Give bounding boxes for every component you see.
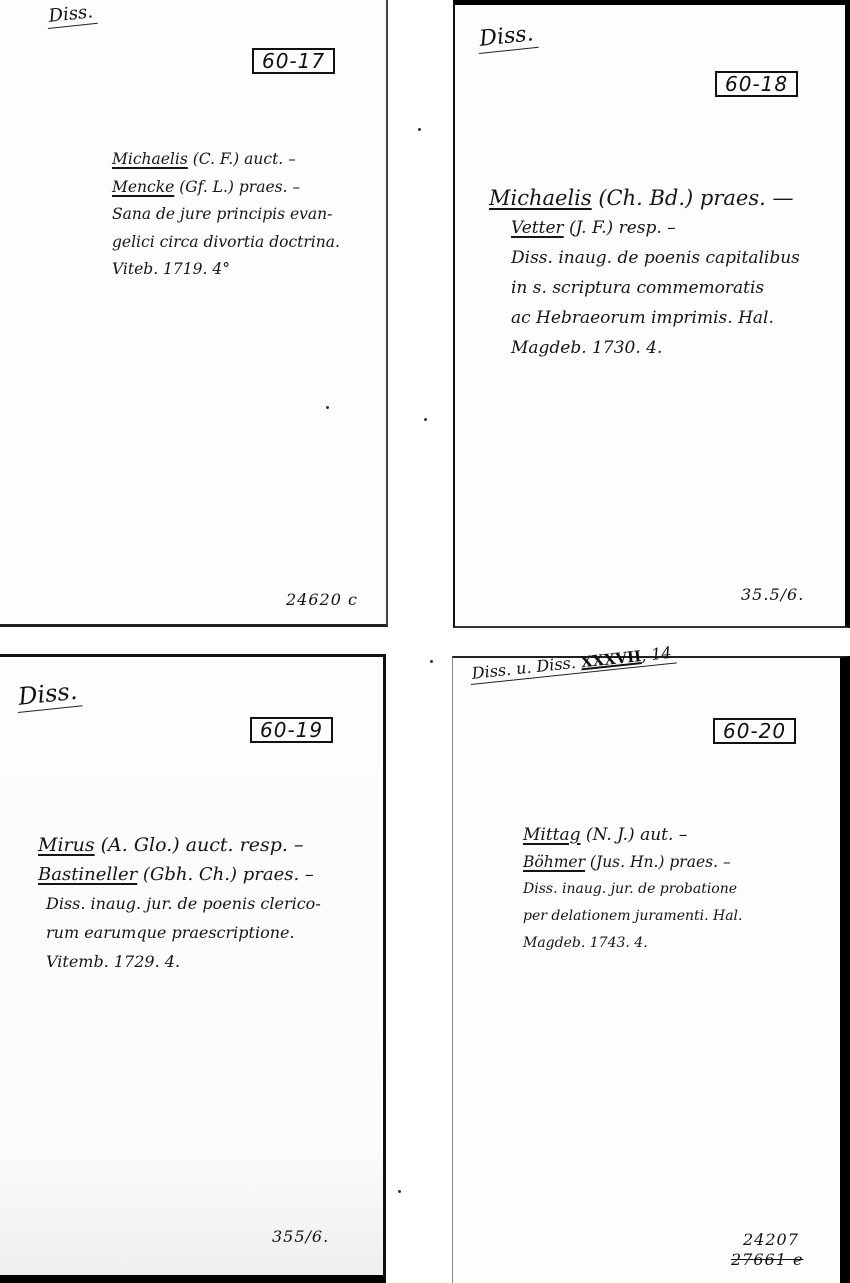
shelfmark-box: 60-17 bbox=[252, 48, 335, 74]
catalog-entry: Mirus (A. Glo.) auct. resp. – Bastinelle… bbox=[38, 831, 321, 976]
accession-number: 24207 bbox=[743, 1230, 799, 1249]
entry-line-title: Sana de jure principis evan- bbox=[112, 201, 340, 229]
entry-line-author: Michaelis (C. F.) auct. – bbox=[112, 146, 340, 174]
entry-line-title: Diss. inaug. de poenis capitalibus bbox=[489, 243, 800, 273]
entry-line-respondent: Vetter (J. F.) resp. – bbox=[489, 213, 800, 243]
catalog-card-60-19: Diss. 60-19 Mirus (A. Glo.) auct. resp. … bbox=[0, 654, 386, 1283]
volume-numeral: XXXVII bbox=[580, 647, 642, 671]
entry-line-title: per delationem juramenti. Hal. bbox=[523, 903, 742, 930]
accession-number: 355/6. bbox=[272, 1227, 329, 1246]
catalog-entry: Mittag (N. J.) aut. – Böhmer (Jus. Hn.) … bbox=[523, 822, 742, 957]
paper-speck bbox=[424, 418, 427, 421]
entry-line-title: gelici circa divortia doctrina. bbox=[112, 229, 340, 257]
catalog-card-60-18: Diss. 60-18 Michaelis (Ch. Bd.) praes. —… bbox=[453, 0, 850, 628]
paper-speck bbox=[418, 128, 421, 131]
entry-line-title: in s. scriptura commemoratis bbox=[489, 273, 800, 303]
accession-number: 24620 c bbox=[286, 590, 358, 609]
catalog-entry: Michaelis (C. F.) auct. – Mencke (Gf. L.… bbox=[112, 146, 340, 284]
accession-number: 35.5/6. bbox=[741, 585, 804, 604]
shelfmark-box: 60-19 bbox=[250, 717, 333, 743]
category-mark: Diss. bbox=[46, 1, 99, 29]
entry-line-imprint: Magdeb. 1743. 4. bbox=[523, 930, 742, 957]
catalog-entry: Michaelis (Ch. Bd.) praes. — Vetter (J. … bbox=[489, 183, 800, 363]
paper-speck bbox=[398, 1190, 401, 1193]
entry-line-author: Mittag (N. J.) aut. – bbox=[523, 822, 742, 849]
category-mark: Diss. bbox=[15, 676, 83, 713]
entry-line-title: Diss. inaug. jur. de probatione bbox=[523, 876, 742, 903]
entry-line-imprint: Vitemb. 1729. 4. bbox=[38, 947, 321, 976]
shelfmark-box: 60-20 bbox=[713, 718, 796, 744]
entry-line-imprint: Viteb. 1719. 4° bbox=[112, 256, 340, 284]
paper-speck bbox=[326, 406, 329, 409]
paper-speck bbox=[430, 660, 433, 663]
entry-line-praeses: Mencke (Gf. L.) praes. – bbox=[112, 174, 340, 202]
entry-line-title: rum earumque praescriptione. bbox=[38, 918, 321, 947]
entry-line-praeses: Michaelis (Ch. Bd.) praes. — bbox=[489, 183, 800, 213]
entry-line-praeses: Bastineller (Gbh. Ch.) praes. – bbox=[38, 860, 321, 889]
shelfmark-box: 60-18 bbox=[715, 71, 798, 97]
entry-line-title: ac Hebraeorum imprimis. Hal. bbox=[489, 303, 800, 333]
category-mark: Diss. u. Diss. XXXVII, 14 bbox=[469, 643, 677, 685]
catalog-card-60-20: Diss. u. Diss. XXXVII, 14 60-20 Mittag (… bbox=[452, 656, 850, 1283]
entry-line-imprint: Magdeb. 1730. 4. bbox=[489, 333, 800, 363]
entry-line-title: Diss. inaug. jur. de poenis clerico- bbox=[38, 889, 321, 918]
category-mark: Diss. bbox=[476, 21, 539, 54]
entry-line-praeses: Böhmer (Jus. Hn.) praes. – bbox=[523, 849, 742, 876]
catalog-card-60-17: Diss. 60-17 Michaelis (C. F.) auct. – Me… bbox=[0, 0, 388, 627]
entry-line-author: Mirus (A. Glo.) auct. resp. – bbox=[38, 831, 321, 860]
accession-number-struck: 27661 e bbox=[731, 1250, 803, 1269]
